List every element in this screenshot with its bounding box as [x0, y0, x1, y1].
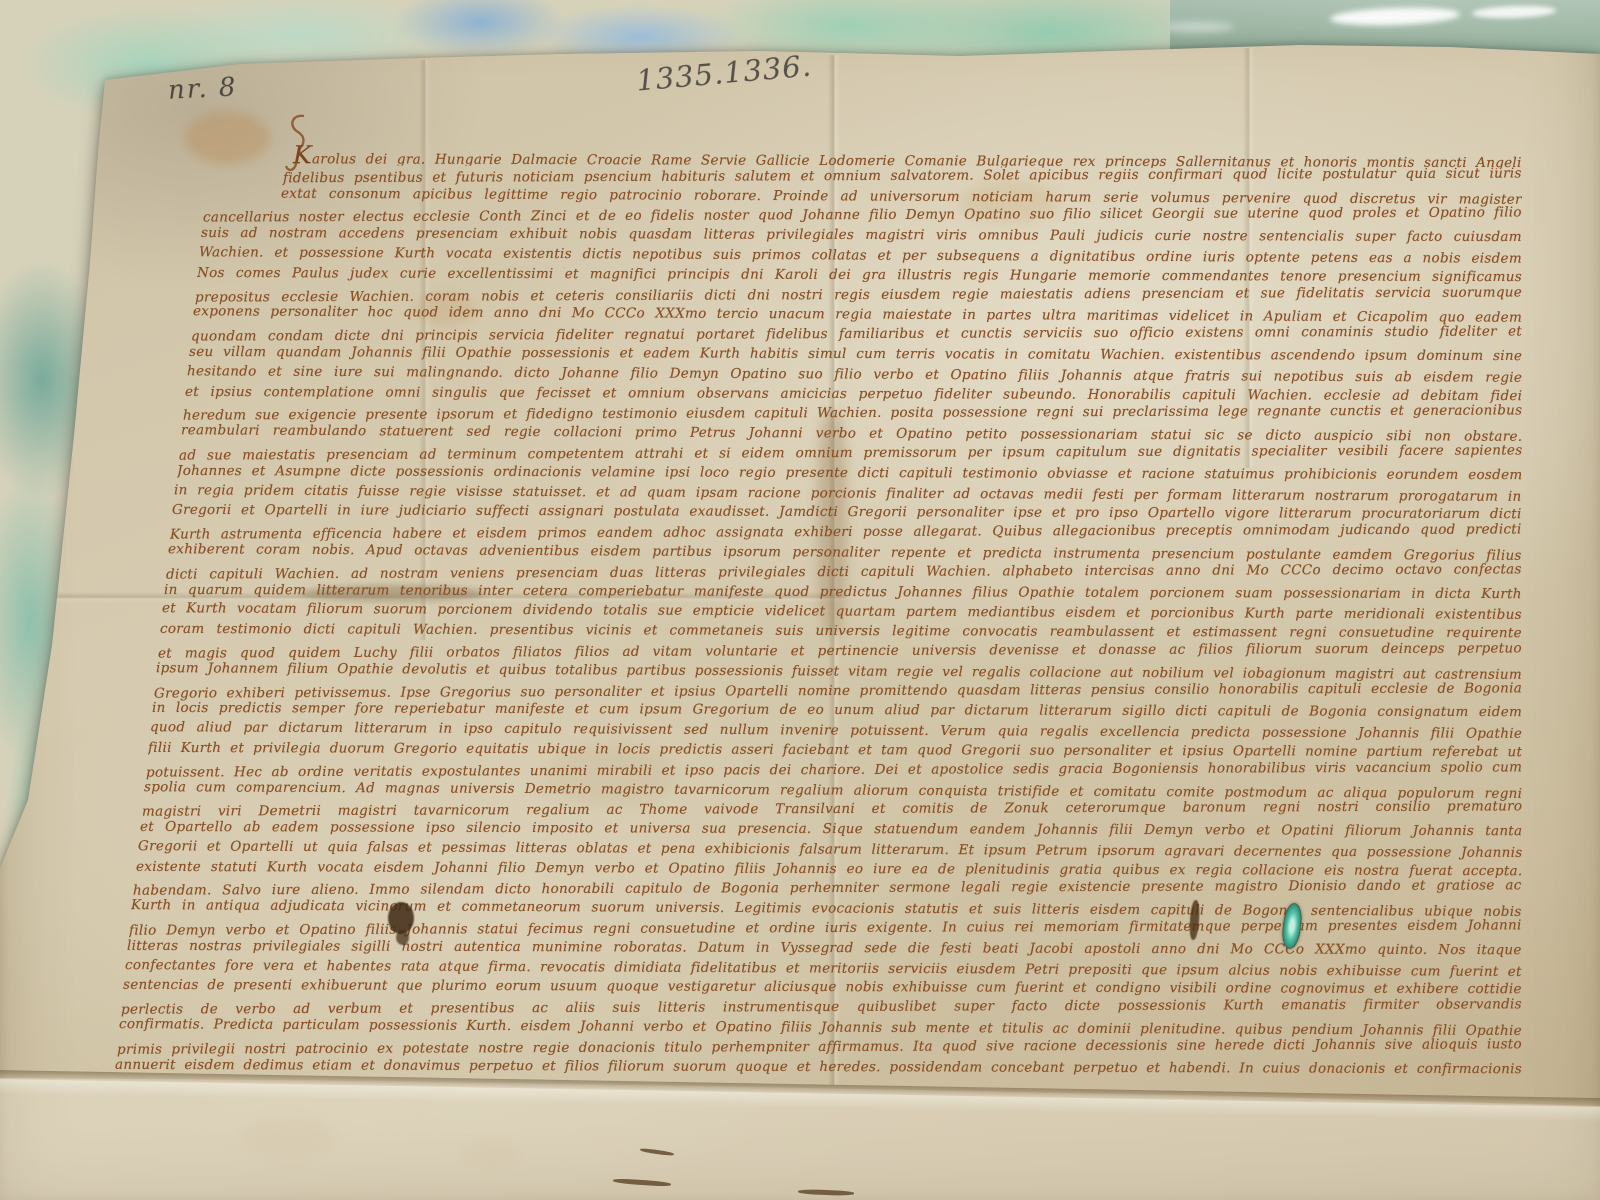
pencil-archive-number: nr. 8 [167, 72, 238, 106]
pencil-date-annotation: 1335.1336. [635, 48, 813, 97]
manuscript-text: Karolus dei gra. Hungarie Dalmacie Croac… [115, 147, 1522, 1077]
parchment-surface: Karolus dei gra. Hungarie Dalmacie Croac… [0, 0, 1600, 1200]
photograph-of-charter: Karolus dei gra. Hungarie Dalmacie Croac… [0, 0, 1600, 1200]
parchment-charter: Karolus dei gra. Hungarie Dalmacie Croac… [0, 0, 1600, 1200]
ink-blot-2 [396, 930, 409, 945]
